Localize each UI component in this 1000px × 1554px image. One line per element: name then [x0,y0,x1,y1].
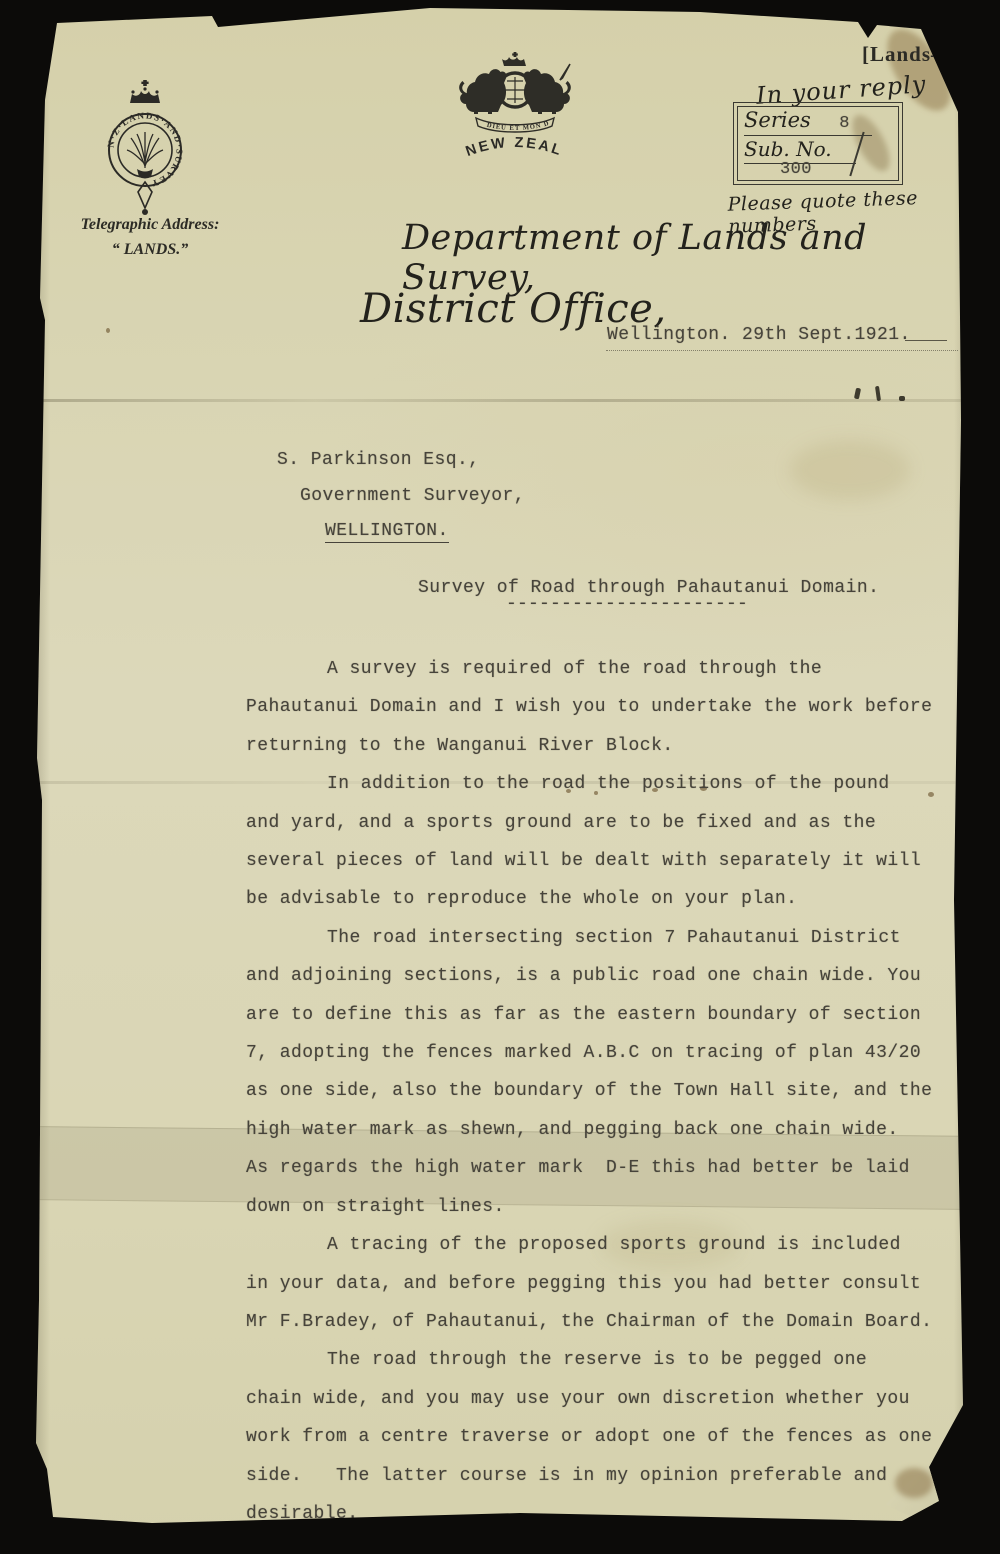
body-line: As regards the high water mark D-E this … [246,1149,952,1187]
body-line: In addition to the road the positions of… [246,765,952,803]
unicorn-supporter-icon [523,64,570,114]
body-line: A survey is required of the road through… [246,650,952,688]
series-label: Series [744,108,811,132]
fraction-slash [849,132,864,177]
letter-body: A survey is required of the road through… [246,650,952,1533]
ink-mark [854,388,861,400]
body-line: chain wide, and you may use your own dis… [246,1380,952,1418]
body-line: and adjoining sections, is a public road… [246,957,952,995]
body-line: are to define this as far as the eastern… [246,996,952,1034]
series-row: Series 8 [744,108,872,136]
royal-coat-of-arms-icon: DIEU ET MON DROIT NEW ZEALAND [448,50,582,168]
reply-number-box: Series 8 Sub. No. 300 [733,102,903,185]
lion-supporter-icon [459,69,506,114]
body-line: desirable. [246,1495,952,1533]
date-dotted-rule [606,350,958,351]
ink-mark [899,396,905,401]
lands-survey-seal-icon: N·Z·LANDS·AND·SURVEY [97,70,193,222]
body-line: be advisable to reproduce the whole on y… [246,880,952,918]
paragraph: A tracing of the proposed sports ground … [246,1226,952,1533]
left-edge-shadow [36,0,50,1554]
paragraph: The road intersecting section 7 Pahautan… [246,919,952,1226]
body-line: work from a centre traverse or adopt one… [246,1418,952,1456]
sub-no-label: Sub. No. [744,137,832,161]
date-rule [905,340,947,341]
body-line: down on straight lines. [246,1188,952,1226]
body-line: side. The latter course is in my opinion… [246,1457,952,1495]
body-line: several pieces of land will be dealt wit… [246,842,952,880]
body-line: in your data, and before pegging this yo… [246,1265,952,1303]
body-line: A tracing of the proposed sports ground … [246,1226,952,1264]
body-line: The road intersecting section 7 Pahautan… [246,919,952,957]
place-date: Wellington. 29th Sept.1921. [607,325,911,345]
paragraph: In addition to the road the positions of… [246,765,952,919]
telegraphic-address: Telegraphic Address: “ LANDS.” [55,213,245,263]
body-line: 7, adopting the fences marked A.B.C on t… [246,1034,952,1072]
addressee-role: Government Surveyor, [300,486,525,506]
reply-number-box-inner: Series 8 Sub. No. 300 [737,106,899,181]
addressee-name: S. Parkinson Esq., [277,450,480,470]
photograph-background: [Lands—F2 In your reply Series 8 Sub. No… [0,0,1000,1554]
addressee-city: WELLINGTON. [325,521,449,543]
body-line: high water mark as shewn, and pegging ba… [246,1111,952,1149]
body-line: Pahautanui Domain and I wish you to unde… [246,688,952,726]
body-line: Mr F.Bradey, of Pahautanui, the Chairman… [246,1303,952,1341]
paper-blotch [790,440,910,500]
flax-plant-icon [127,132,163,168]
body-line: as one side, also the boundary of the To… [246,1072,952,1110]
body-line: returning to the Wanganui River Block. [246,727,952,765]
form-code: [Lands—F2 [862,42,978,67]
fold-crease-top [38,399,962,402]
telegraphic-line1: Telegraphic Address: [55,213,245,238]
body-line: The road through the reserve is to be pe… [246,1341,952,1379]
series-value: 8 [839,114,850,133]
telegraphic-line2: “ LANDS.” [55,238,245,263]
sub-no-value: 300 [780,160,812,179]
letter-paper: [Lands—F2 In your reply Series 8 Sub. No… [0,0,1000,1554]
ink-mark [875,386,881,401]
body-line: and yard, and a sports ground are to be … [246,804,952,842]
subject-underline: ---------------------- [506,594,748,614]
paragraph: A survey is required of the road through… [246,650,952,765]
